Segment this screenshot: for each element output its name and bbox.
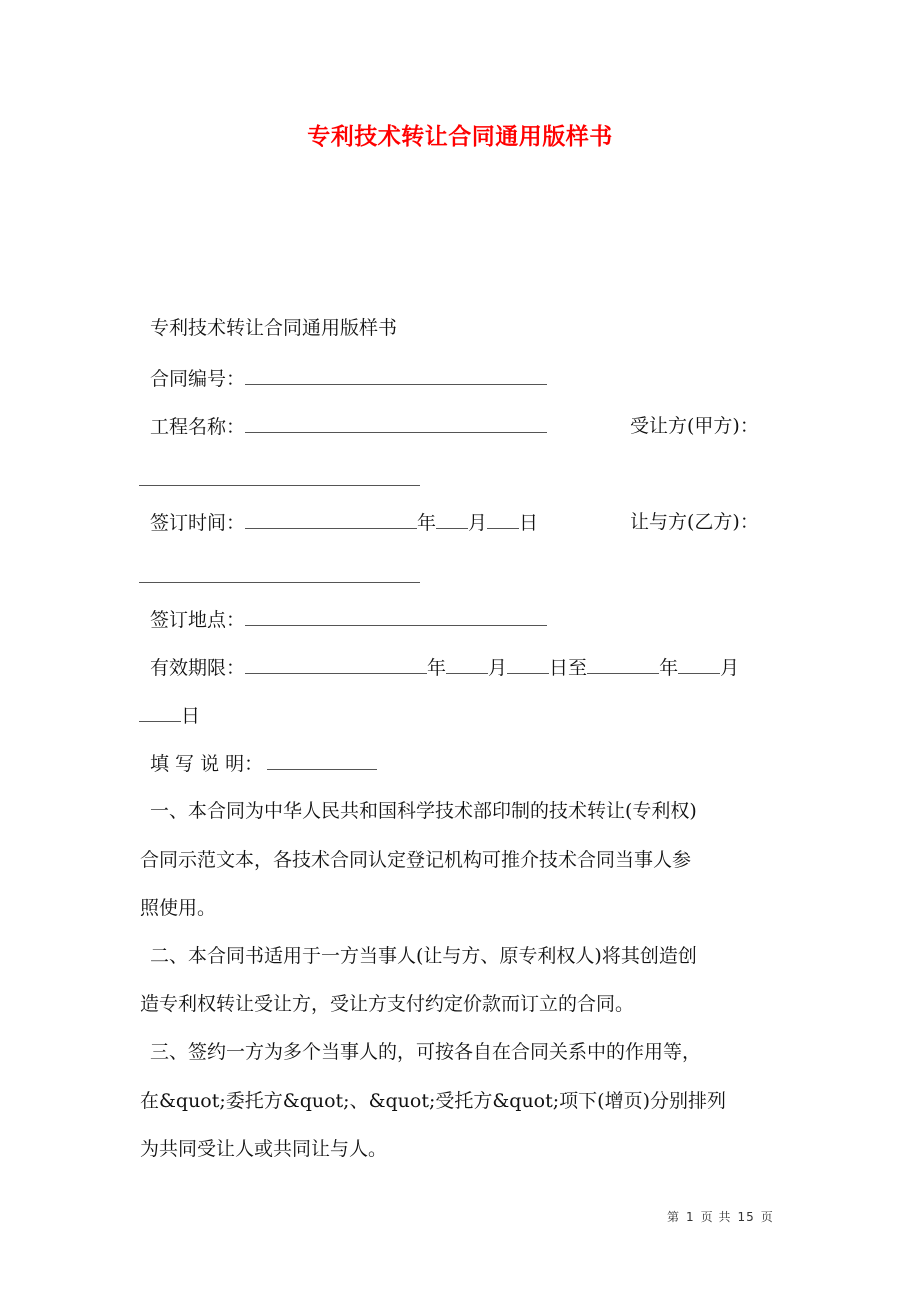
- valid-from-day-blank[interactable]: [507, 655, 549, 674]
- page-current: 1: [686, 1210, 695, 1224]
- document-title: 专利技术转让合同通用版样书: [0, 118, 920, 151]
- assignee-label: 受让方(甲方)：: [630, 414, 759, 438]
- sign-time-year-unit: 年: [417, 512, 436, 534]
- project-name-row: 工程名称：: [150, 414, 547, 439]
- assignor-label: 让与方(乙方)：: [630, 510, 759, 534]
- sign-time-row: 签订时间：年月日: [150, 510, 538, 535]
- project-name-blank[interactable]: [245, 414, 547, 433]
- instructions-label: 填 写 说 明：: [150, 753, 263, 775]
- valid-from-month-unit: 月: [488, 657, 507, 679]
- sign-place-blank[interactable]: [245, 607, 547, 626]
- valid-to-year-blank[interactable]: [587, 655, 659, 674]
- valid-from-day-unit: 日至: [549, 657, 587, 679]
- paragraph-1-line-3: 照使用。: [140, 896, 216, 920]
- valid-to-day-row: 日: [139, 703, 200, 728]
- valid-to-day-unit: 日: [181, 705, 200, 727]
- sign-time-year-blank[interactable]: [245, 510, 417, 529]
- valid-to-month-blank[interactable]: [678, 655, 720, 674]
- sign-time-month-unit: 月: [468, 512, 487, 534]
- contract-no-row: 合同编号：: [150, 366, 547, 391]
- sign-place-row: 签订地点：: [150, 607, 547, 632]
- paragraph-2-line-2: 造专利权转让受让方，受让方支付约定价款而订立的合同。: [140, 992, 634, 1016]
- page-number: 第1页 共15页: [667, 1208, 780, 1225]
- valid-period-row: 有效期限：年月日至年月: [150, 655, 739, 680]
- assignor-blank[interactable]: [139, 582, 420, 583]
- page-suffix: 页: [761, 1210, 774, 1224]
- instructions-row: 填 写 说 明：: [150, 751, 377, 776]
- paragraph-3-line-3: 为共同受让人或共同让与人。: [140, 1137, 387, 1161]
- page-prefix: 第: [667, 1210, 680, 1224]
- sign-time-label: 签订时间：: [150, 512, 245, 534]
- sign-time-month-blank[interactable]: [436, 510, 468, 529]
- sign-time-day-blank[interactable]: [487, 510, 519, 529]
- valid-to-month-unit: 月: [720, 657, 739, 679]
- valid-from-month-blank[interactable]: [446, 655, 488, 674]
- contract-no-label: 合同编号：: [150, 368, 245, 390]
- valid-period-label: 有效期限：: [150, 657, 245, 679]
- valid-to-day-blank[interactable]: [139, 703, 181, 722]
- instructions-blank[interactable]: [267, 751, 377, 770]
- sign-place-label: 签订地点：: [150, 609, 245, 631]
- project-name-label: 工程名称：: [150, 416, 245, 438]
- document-subtitle: 专利技术转让合同通用版样书: [150, 316, 397, 340]
- valid-to-year-unit: 年: [659, 657, 678, 679]
- assignee-blank[interactable]: [139, 485, 420, 486]
- paragraph-3-line-2: 在&quot;委托方&quot;、&quot;受托方&quot;项下(增页)分别…: [140, 1089, 726, 1113]
- page-total: 15: [737, 1210, 754, 1224]
- sign-time-day-unit: 日: [519, 512, 538, 534]
- valid-from-year-blank[interactable]: [245, 655, 427, 674]
- paragraph-3-line-1: 三、签约一方为多个当事人的，可按各自在合同关系中的作用等，: [150, 1040, 701, 1064]
- valid-from-year-unit: 年: [427, 657, 446, 679]
- paragraph-2-line-1: 二、本合同书适用于一方当事人(让与方、原专利权人)将其创造创: [150, 944, 697, 968]
- paragraph-1-line-2: 合同示范文本，各技术合同认定登记机构可推介技术合同当事人参: [140, 848, 691, 872]
- contract-no-blank[interactable]: [245, 366, 547, 385]
- page-mid: 页 共: [701, 1210, 732, 1224]
- paragraph-1-line-1: 一、本合同为中华人民共和国科学技术部印制的技术转让(专利权): [150, 799, 697, 823]
